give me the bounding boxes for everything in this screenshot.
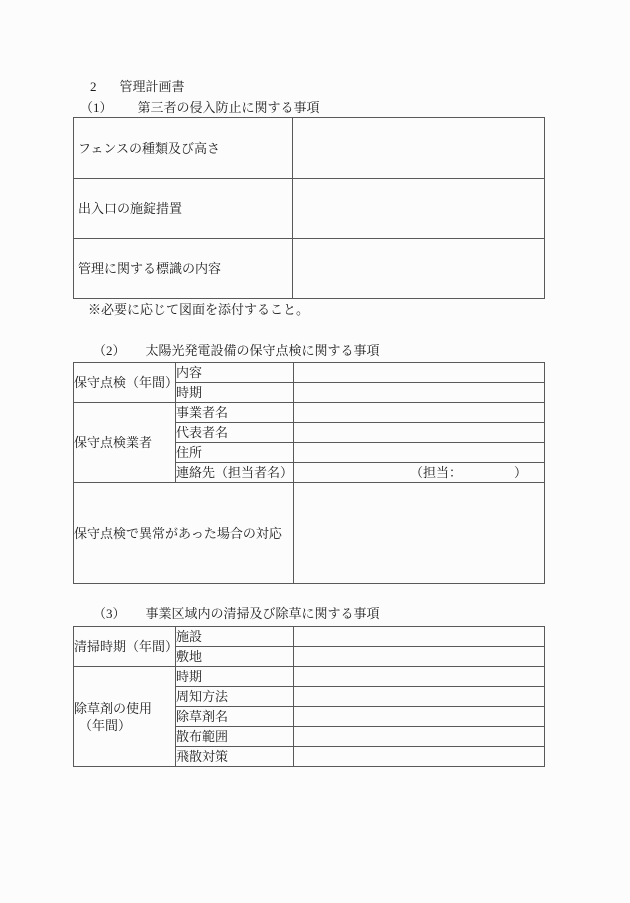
site-value-cell (294, 647, 545, 667)
contractor-name-label-cell: 事業者名 (176, 403, 294, 423)
herbicide-group-cell: 除草剤の使用 （年間） (74, 667, 176, 767)
contractor-name-value-cell (294, 403, 545, 423)
section3-title: 事業区域内の清掃及び除草に関する事項 (146, 606, 380, 621)
representative-name-value-cell (294, 423, 545, 443)
notification-method-label-cell: 周知方法 (176, 687, 294, 707)
table-row: フェンスの種類及び高さ (74, 118, 545, 179)
contact-prefix: （担当： (410, 464, 462, 481)
table-row: 保守点検業者 事業者名 (74, 403, 545, 423)
section2-number: （2） (93, 343, 126, 358)
table-row: 出入口の施錠措置 (74, 179, 545, 239)
table-row: 保守点検で異常があった場合の対応 (74, 483, 545, 584)
maintenance-timing-value-cell (294, 383, 545, 403)
maintenance-content-value-cell (294, 363, 545, 383)
spraying-range-label-cell: 散布範囲 (176, 727, 294, 747)
maintenance-inspection-table: 保守点検（年間） 内容 時期 保守点検業者 事業者名 代表者名 住所 連絡先（担… (73, 362, 545, 584)
doc-title: 2管理計画書 (90, 80, 185, 94)
abnormal-response-value-cell (294, 483, 545, 584)
entrance-locking-label-cell: 出入口の施錠措置 (74, 179, 293, 239)
herbicide-name-value-cell (294, 707, 545, 727)
cleaning-period-group-cell: 清掃時期（年間） (74, 627, 176, 667)
contact-person-blank: （担当：） (294, 464, 544, 481)
address-label-cell: 住所 (176, 443, 294, 463)
section1-title: 第三者の侵入防止に関する事項 (138, 100, 320, 115)
site-label-cell: 敷地 (176, 647, 294, 667)
herbicide-name-label-cell: 除草剤名 (176, 707, 294, 727)
section2-title: 太陽光発電設備の保守点検に関する事項 (146, 343, 380, 358)
table-row: 除草剤の使用 （年間） 時期 (74, 667, 545, 687)
section1-heading: （1）第三者の侵入防止に関する事項 (80, 101, 320, 115)
management-sign-value-cell (293, 239, 545, 299)
section3-number: （3） (93, 606, 126, 621)
contact-label-cell: 連絡先（担当者名） (176, 463, 294, 483)
intrusion-prevention-table: フェンスの種類及び高さ 出入口の施錠措置 管理に関する標識の内容 (73, 117, 545, 299)
contact-value-cell: （担当：） (294, 463, 545, 483)
maintenance-timing-label-cell: 時期 (176, 383, 294, 403)
herbicide-timing-value-cell (294, 667, 545, 687)
contact-suffix: ） (514, 464, 527, 481)
maintenance-content-label-cell: 内容 (176, 363, 294, 383)
table-row: 保守点検（年間） 内容 (74, 363, 545, 383)
section3-heading: （3）事業区域内の清掃及び除草に関する事項 (93, 607, 380, 621)
facility-label-cell: 施設 (176, 627, 294, 647)
herbicide-group-label-line1: 除草剤の使用 (74, 700, 175, 717)
scattering-countermeasure-label-cell: 飛散対策 (176, 747, 294, 767)
scattering-countermeasure-value-cell (294, 747, 545, 767)
table-row: 清掃時期（年間） 施設 (74, 627, 545, 647)
section1-number: （1） (80, 100, 113, 115)
fence-type-value-cell (293, 118, 545, 179)
maintenance-period-group-cell: 保守点検（年間） (74, 363, 176, 403)
cleaning-weeding-table: 清掃時期（年間） 施設 敷地 除草剤の使用 （年間） 時期 周知方法 除草剤名 … (73, 626, 545, 767)
facility-value-cell (294, 627, 545, 647)
entrance-locking-value-cell (293, 179, 545, 239)
herbicide-group-label-line2: （年間） (74, 717, 175, 734)
doc-title-number: 2 (90, 79, 97, 94)
abnormal-response-label-cell: 保守点検で異常があった場合の対応 (74, 483, 294, 584)
fence-type-label-cell: フェンスの種類及び高さ (74, 118, 293, 179)
section2-heading: （2）太陽光発電設備の保守点検に関する事項 (93, 344, 380, 358)
document-page: 2管理計画書 （1）第三者の侵入防止に関する事項 フェンスの種類及び高さ 出入口… (0, 0, 630, 903)
representative-name-label-cell: 代表者名 (176, 423, 294, 443)
attachment-note: ※必要に応じて図面を添付すること。 (88, 303, 309, 317)
address-value-cell (294, 443, 545, 463)
spraying-range-value-cell (294, 727, 545, 747)
doc-title-text: 管理計画書 (120, 79, 185, 94)
notification-method-value-cell (294, 687, 545, 707)
contractor-group-cell: 保守点検業者 (74, 403, 176, 483)
table-row: 管理に関する標識の内容 (74, 239, 545, 299)
herbicide-timing-label-cell: 時期 (176, 667, 294, 687)
management-sign-label-cell: 管理に関する標識の内容 (74, 239, 293, 299)
